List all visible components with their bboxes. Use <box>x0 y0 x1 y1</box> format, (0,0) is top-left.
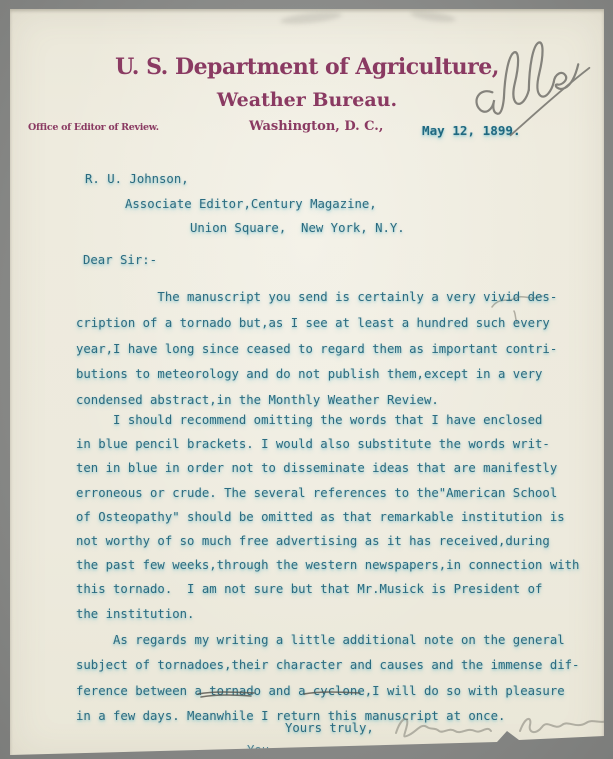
body-paragraph-3: As regards my writing a little additiona… <box>76 628 579 729</box>
letterhead-agency: U. S. Department of Agriculture, <box>10 54 604 80</box>
recipient-name: R. U. Johnson, <box>85 172 189 186</box>
letterhead-place-line: Washington, D. C., <box>249 119 383 134</box>
recipient-title: Associate Editor,Century Magazine, <box>125 197 377 211</box>
letterhead-bureau: Weather Bureau. <box>10 89 604 111</box>
recipient-address: Union Square, New York, N.Y. <box>190 221 405 235</box>
paper-smudge <box>410 9 457 24</box>
valediction: Yours truly, <box>285 721 374 735</box>
letter-date: May 12, 1899. <box>422 123 521 138</box>
next-page-fragment: You <box>247 743 269 757</box>
paper-smudge <box>280 10 343 26</box>
body-paragraph-2: I should recommend omitting the words th… <box>76 408 579 626</box>
letterhead-office-line: Office of Editor of Review. <box>28 122 159 133</box>
salutation: Dear Sir:- <box>83 253 157 267</box>
letter-page: U. S. Department of Agriculture, Weather… <box>10 9 604 759</box>
body-paragraph-1: The manuscript you send is certainly a v… <box>76 285 557 414</box>
